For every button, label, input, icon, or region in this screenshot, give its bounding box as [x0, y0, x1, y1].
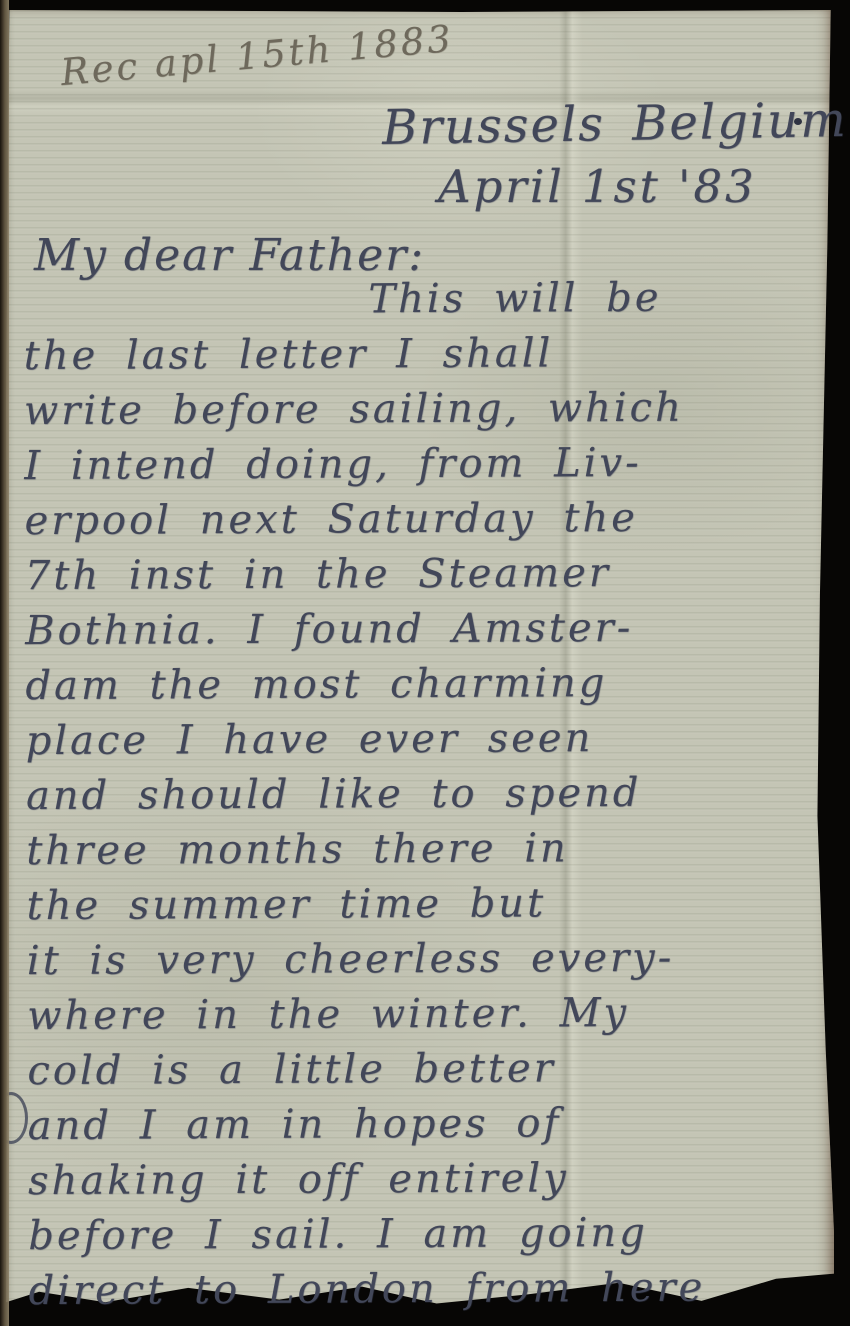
letter-line: I intend doing, from Liv-	[24, 435, 838, 494]
letter-line: 7th inst in the Steamer	[25, 545, 839, 604]
letter-line: shaking it off entirely	[28, 1150, 842, 1209]
letter-line: where in the winter. My	[27, 985, 841, 1044]
letter-line: three months there in	[26, 820, 840, 879]
date-line: April 1st '83	[438, 160, 757, 213]
letter-line: write before sailing, which	[24, 380, 838, 439]
letter-line: direct to London from here	[28, 1260, 842, 1319]
letter-scan: Rec apl 15th 1883 Brussels Belgium April…	[0, 0, 850, 1326]
letter-body: This will be the last letter I shall wri…	[23, 270, 842, 1319]
letter-line: the last letter I shall	[24, 325, 838, 384]
letter-line: and I am in hopes of	[28, 1095, 842, 1154]
letter-line: This will be	[23, 270, 837, 329]
letter-line: it is very cheerless every-	[27, 930, 841, 989]
letter-line: cold is a little better	[27, 1040, 841, 1099]
adjacent-page-edge	[0, 0, 9, 1326]
letter-line: erpool next Saturday the	[24, 490, 838, 549]
letter-line: dam the most charming	[25, 655, 839, 714]
letter-line: before I sail. I am going	[28, 1205, 842, 1264]
place-line: Brussels Belgium	[382, 92, 849, 156]
letter-line: and should like to spend	[26, 765, 840, 824]
letter-line: Bothnia. I found Amster-	[25, 600, 839, 659]
letter-line: place I have ever seen	[26, 710, 840, 769]
letter-line: the summer time but	[26, 875, 840, 934]
